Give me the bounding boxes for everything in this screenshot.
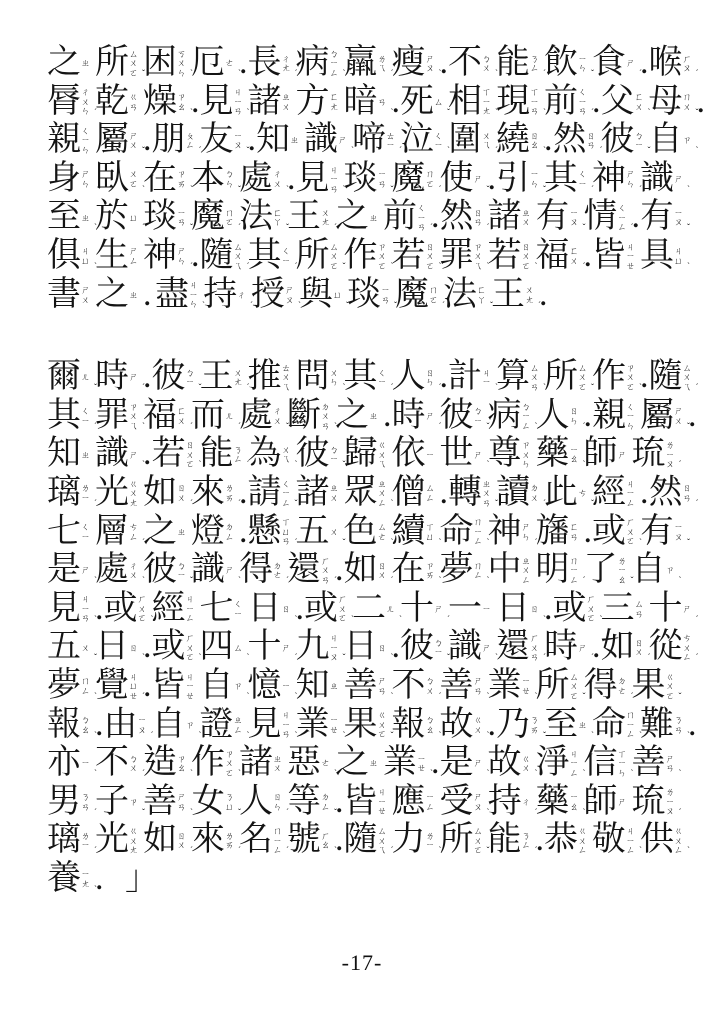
zhuyin-glyph: ㄢ [530,107,541,117]
zhuyin-annotation: ㄌㄧˋ [426,821,437,859]
zhuyin-annotation: ㄒㄧㄣˋ [618,744,629,782]
han-character: 淨 [536,744,570,782]
han-character: 生 [95,237,129,275]
ruby-char: 四ㄙˋ [200,628,248,666]
zhuyin-annotation: ㄖㄣˊ [273,783,284,821]
ruby-char: 飲ㄧㄣˇ [544,44,592,82]
ruby-char: 夢ㄇㄥˋ [47,667,95,705]
ruby-char: 相ㄒㄧㄤˋ [448,83,496,121]
zhuyin-annotation: ㄇㄧㄥˊ [570,551,581,589]
zhuyin-glyph: ㄥ [129,257,140,267]
zhuyin-glyph: ㄥ [378,499,389,509]
tone-mark: ˋ [142,422,145,431]
ruby-char: 而ㄦˊ [191,397,239,435]
han-character: 處 [239,160,273,198]
han-character: 與 [299,276,333,314]
zhuyin-annotation: ㄙㄨㄛˇ [330,237,341,275]
han-character: 識 [448,628,482,666]
han-character: 等 [287,783,321,821]
ruby-char: 琰ㄧㄢˇ [347,276,395,314]
zhuyin-glyph: ㄝ [522,687,533,697]
tone-mark: ˇ [343,538,346,547]
zhuyin-glyph: ㄛ [522,262,533,272]
han-character: 業 [383,744,417,782]
zhuyin-annotation: ㄨˇ [330,513,341,551]
tone-mark: ˋ [334,846,337,855]
ruby-char: 等ㄉㄥˇ [287,783,335,821]
zhuyin-glyph: ㄛ [570,692,581,702]
han-character: 王 [491,276,525,314]
tone-mark: ˊ [591,185,594,194]
zhuyin-annotation: ㄕㄣ [81,160,92,198]
han-character: 業 [488,667,522,705]
zhuyin-annotation: ㄌㄧˊ [81,474,92,512]
ruby-char: 神ㄕㄣˊ [592,160,640,198]
zhuyin-annotation: ㄖㄨˊ [177,474,188,512]
han-character: 命 [592,706,626,744]
han-character: 其 [248,237,282,275]
zhuyin-annotation: ㄈㄚˇ [477,276,488,314]
ruby-char: 泣ㄑㄧˋ [400,121,448,159]
zhuyin-annotation: ㄅㄧㄥˋ [330,44,341,82]
zhuyin-glyph: ㄛ [225,218,236,228]
zhuyin-glyph: ㄧ [81,759,92,769]
tone-mark: ˋ [190,108,193,117]
tone-mark: ˋ [439,262,442,271]
han-character: 難 [640,706,674,744]
ruby-char: 知ㄓ [296,667,344,705]
ruby-char: 人ㄖㄣˊ [536,397,584,435]
han-character: 由 [104,706,138,744]
ruby-char: 明ㄇㄧㄥˊ [536,551,584,589]
ruby-char: 親ㄑㄧㄣ [47,121,95,159]
zhuyin-annotation: ㄓㄨㄥ [522,551,533,589]
zhuyin-glyph: ㄥ [618,223,629,233]
zhuyin-annotation: ㄒㄩˋ [426,513,437,551]
zhuyin-glyph: ㄥ [186,141,197,151]
zhuyin-annotation: ㄇㄧㄥˊ [273,821,284,859]
han-character: 亦 [47,744,81,782]
tone-mark: ˇ [543,731,546,740]
han-character: 如 [601,628,635,666]
zhuyin-glyph: ㄖ [129,644,140,654]
zhuyin-annotation: ㄕˊ [683,590,694,628]
ruby-char: 爾ㄦˇ [47,358,95,396]
han-character: 死 [400,83,434,121]
ruby-char: 脣ㄔㄨㄣˊ [47,83,95,121]
zhuyin-annotation: ㄕㄨ [81,276,92,314]
zhuyin-annotation: ㄌㄞˊ [225,474,236,512]
zhuyin-annotation: ㄈㄤ [330,83,341,121]
zhuyin-annotation: ㄓ [177,513,188,551]
zhuyin-glyph: ㄤ [282,64,293,74]
zhuyin-glyph: ㄗ [666,566,677,576]
ruby-char: 計ㄐㄧˋ [448,358,496,396]
zhuyin-glyph: ㄣ [522,460,533,470]
ruby-char: 請ㄑㄧㄥˇ [248,474,296,512]
zhuyin-glyph: ㄧ [330,455,341,465]
tone-mark: ˊ [583,422,586,431]
zhuyin-glyph: ㄣ [618,769,629,779]
han-character: 喉 [649,44,683,82]
tone-mark: ˊ [591,108,594,117]
zhuyin-annotation: ㄕㄣˊ [177,237,188,275]
zhuyin-annotation: ㄙㄨㄟˊ [234,237,245,275]
ruby-char: 諸ㄓㄨ [248,83,296,121]
han-character: 果 [344,706,378,744]
han-character: 識 [191,551,225,589]
ruby-char: 彼ㄅㄧˇ [296,435,344,473]
zhuyin-annotation: ㄋㄥˊ [234,435,245,473]
han-character: 至 [47,198,81,236]
zhuyin-glyph: ㄛ [426,262,437,272]
han-character: 七 [200,590,234,628]
han-character: 轉 [448,474,482,512]
ruby-char: 諸ㄓㄨ [296,474,344,512]
ruby-char: 九ㄐㄧㄡˇ [296,628,344,666]
tone-mark: ˋ [334,769,337,778]
ruby-char: 恭ㄍㄨㄥ [544,821,592,859]
han-character: 諸 [296,474,330,512]
tone-mark: ˊ [679,808,682,817]
zhuyin-glyph: ㄢ [666,764,677,774]
zhuyin-glyph: ㄠ [530,141,541,151]
zhuyin-glyph: ㄨ [273,764,284,774]
ruby-char: 法ㄈㄚˇ [239,198,287,236]
zhuyin-glyph: ㄥ [570,769,581,779]
ruby-char: 其ㄑㄧˊ [344,358,392,396]
han-character: 經 [152,590,186,628]
ruby-char: 之ㄓ [47,44,95,82]
ruby-char: 琰ㄧㄢˇ [143,198,191,236]
ruby-char: 淨ㄐㄧㄥˋ [536,744,584,782]
tone-mark: ˋ [535,692,538,701]
zhuyin-glyph: ㄢ [674,726,685,736]
zhuyin-annotation: ㄕ [618,435,629,473]
tone-mark: ˊ [247,460,250,469]
ruby-char: 眾ㄓㄨㄥˋ [344,474,392,512]
zhuyin-annotation: ㄗㄨㄣ [522,435,533,473]
han-character: 長 [248,44,282,82]
zhuyin-glyph: ㄧ [482,605,493,615]
tone-mark: ˋ [543,615,546,624]
tone-mark: ˇ [346,301,349,310]
ruby-char: 識ㄕˋ [640,160,688,198]
han-character: 造 [143,744,177,782]
zhuyin-glyph: ㄓ [129,291,140,301]
han-character: 經 [592,474,626,512]
zhuyin-annotation: ㄏㄠˋ [321,821,332,859]
ruby-char: 瘦ㄕㄡˋ [392,44,440,82]
han-character: 請 [248,474,282,512]
ruby-char: 福ㄈㄨˊ [143,397,191,435]
ruby-char: 魔ㄇㄛˊ [392,160,440,198]
ruby-char: 善ㄕㄢˋ [143,783,191,821]
han-character: 果 [632,667,666,705]
han-character: 續 [392,513,426,551]
zhuyin-annotation: ㄓ [129,276,140,314]
tone-mark: ˋ [495,69,498,78]
ruby-char: 七ㄑㄧ [47,513,95,551]
zhuyin-annotation: ㄏㄨㄛˋ [338,590,349,628]
ruby-char: 藥ㄧㄠˋ [536,435,584,473]
tone-mark: ˋ [94,615,97,624]
zhuyin-annotation: ㄔㄤˊ [282,44,293,82]
tone-mark: ˋ [343,185,346,194]
ruby-char: 然ㄖㄢˊ [649,474,697,512]
han-character: 能 [496,44,530,82]
ruby-char: 業ㄧㄝˋ [488,667,536,705]
zhuyin-annotation: ㄕㄡˋ [474,783,485,821]
han-character: 琰 [143,198,177,236]
han-character: 璃 [47,474,81,512]
zhuyin-glyph: ㄕ [474,451,485,461]
zhuyin-annotation: ㄕˊ [426,397,437,435]
tone-mark: ˋ [151,615,154,624]
tone-mark: ˊ [696,383,699,392]
ruby-char: 彼ㄅㄧˇ [152,358,200,396]
zhuyin-glyph: ㄣ [189,300,200,310]
text-line: 之ㄓ所ㄙㄨㄛˇ困ㄎㄨㄣˋ厄ㄜˋ.長ㄔㄤˊ病ㄅㄧㄥˋ羸ㄌㄟˊ瘦ㄕㄡˋ.不ㄅㄨˋ能ㄋ… [47,44,679,83]
tone-mark: ˋ [286,185,289,194]
zhuyin-glyph: ㄢ [578,107,589,117]
zhuyin-glyph: ㄥ [522,422,533,432]
zhuyin-annotation: ㄐㄧㄝ [378,783,389,821]
zhuyin-glyph: ㄢ [234,107,245,117]
zhuyin-annotation: ㄗㄨㄛˋ [378,237,389,275]
zhuyin-glyph: ㄣ [177,69,188,79]
zhuyin-glyph: ㄥ [186,614,197,624]
ruby-char: 乾ㄍㄢ [95,83,143,121]
zhuyin-glyph: ㄡ [666,460,677,470]
tone-mark: ˋ [238,769,241,778]
zhuyin-glyph: ㄕ [618,798,629,808]
tone-mark: ˋ [687,846,690,855]
tone-mark: ˋ [334,422,337,431]
han-character: 彼 [152,358,186,396]
han-character: 之 [335,744,369,782]
zhuyin-glyph: ㄓ [578,721,589,731]
zhuyin-annotation: ㄙㄨㄛˇ [570,667,581,705]
tone-mark: ˇ [487,422,490,431]
zhuyin-annotation: ㄅㄠˋ [426,706,437,744]
zhuyin-annotation: ㄑㄧˊ [282,237,293,275]
ruby-char: 其ㄑㄧˊ [47,397,95,435]
tone-mark: ˋ [487,262,490,271]
han-character: 乃 [496,706,530,744]
zhuyin-annotation: ㄎㄨㄣˋ [177,44,188,82]
tone-mark: ˇ [487,846,490,855]
tone-mark: ˊ [631,223,634,232]
tone-mark: ˋ [639,538,642,547]
zhuyin-glyph: ㄚ [273,218,284,228]
han-character: 若 [392,237,426,275]
zhuyin-glyph: ㄣ [81,107,92,117]
ruby-char: 所ㄙㄨㄛˇ [536,667,584,705]
han-character: 不 [95,744,129,782]
zhuyin-annotation: ㄉㄥ [225,513,236,551]
zhuyin-glyph: ㄨ [81,644,92,654]
paragraph: 爾ㄦˇ時ㄕˊ.彼ㄅㄧˇ王ㄨㄤˊ推ㄊㄨㄟ問ㄨㄣˋ其ㄑㄧˊ人ㄖㄣˊ.計ㄐㄧˋ算ㄙㄨㄢ… [47,358,679,898]
ruby-char: 得ㄉㄜˊ [239,551,287,589]
zhuyin-annotation: ㄑㄧㄣ [626,397,637,435]
zhuyin-glyph: ㄡ [234,141,245,151]
zhuyin-annotation: ㄐㄧㄥˋ [570,744,581,782]
tone-mark: ˇ [447,108,450,117]
zhuyin-annotation: ㄑㄧˋ [434,121,445,159]
text-line: 至ㄓˋ於ㄩˊ琰ㄧㄢˇ魔ㄇㄛˊ法ㄈㄚˇ王ㄨㄤˊ之ㄓ前ㄑㄧㄢˊ.然ㄖㄢˊ諸ㄓㄨ有ㄧㄡ… [47,198,679,237]
text-line: 親ㄑㄧㄣ屬ㄕㄨˇ.朋ㄆㄥˊ友ㄧㄡˇ.知ㄓ識ㄕˋ啼ㄊㄧˊ泣ㄑㄧˋ圍ㄨㄟˊ繞ㄖㄠˋ.… [47,121,679,160]
han-character: 斷 [287,397,321,435]
ruby-char: 法ㄈㄚˇ [443,276,491,314]
zhuyin-glyph: ㄕ [81,566,92,576]
tone-mark: ˊ [439,383,442,392]
zhuyin-glyph: ㄛ [378,262,389,272]
zhuyin-glyph: ㄥ [626,499,637,509]
zhuyin-glyph: ㄢ [282,537,293,547]
ruby-char: 見ㄐㄧㄢˋ [296,160,344,198]
han-character: 日 [95,628,129,666]
han-character: 日 [344,628,378,666]
han-character: 見 [248,706,282,744]
han-character: 然 [440,198,474,236]
zhuyin-annotation: ㄅㄨˊ [129,744,140,782]
tone-mark: ˋ [295,731,298,740]
han-character: 人 [392,358,426,396]
ruby-char: 書ㄕㄨ [47,276,95,314]
ruby-char: 識ㄕˋ [95,435,143,473]
zhuyin-glyph: ㄢ [378,98,389,108]
ruby-char: 處ㄔㄨˇ [239,397,287,435]
ruby-char: 之ㄓ [335,744,383,782]
han-character: 父 [601,83,635,121]
ruby-char: 圍ㄨㄟˊ [448,121,496,159]
zhuyin-glyph: ㄝ [378,807,389,817]
han-character: 光 [95,474,129,512]
zhuyin-annotation: ㄨㄤˊ [525,276,536,314]
ruby-char: 憶ㄧˋ [248,667,296,705]
zhuyin-annotation: ㄇㄥˋ [81,667,92,705]
tone-mark: ˊ [94,808,97,817]
ruby-char: 命ㄇㄧㄥˋ [592,706,640,744]
tone-mark: ˊ [286,576,289,585]
zhuyin-annotation: ㄐㄧˋ [482,358,493,396]
zhuyin-annotation: ㄐㄧㄥˋ [626,821,637,859]
zhuyin-glyph: ㄜ [321,759,332,769]
ruby-char: 藥ㄧㄠˋ [536,783,584,821]
ruby-char: 依ㄧ [392,435,440,473]
ruby-char: 號ㄏㄠˋ [287,821,335,859]
tone-mark: ˋ [343,69,346,78]
tone-mark: ˋ [648,108,651,117]
zhuyin-glyph: ㄣ [81,180,92,190]
tone-mark: ˋ [94,576,97,585]
tone-mark: ˇ [495,499,498,508]
zhuyin-annotation: ㄍㄨㄤ [129,474,140,512]
zhuyin-glyph: ㄛ [578,383,589,393]
han-character: 或 [104,590,138,628]
tone-mark: ˊ [238,223,241,232]
zhuyin-annotation: ㄓ [369,198,380,236]
ruby-char: 人ㄖㄣˊ [239,783,287,821]
zhuyin-glyph: ㄔ [237,291,248,301]
zhuyin-glyph: ㄤ [234,378,245,388]
han-character: 光 [95,821,129,859]
zhuyin-glyph: ㄧ [426,451,437,461]
zhuyin-annotation: ㄓˋ [578,706,589,744]
zhuyin-annotation: ㄔㄨˋ [129,551,140,589]
tone-mark: ˋ [591,731,594,740]
tone-mark: ˇ [199,383,202,392]
zhuyin-glyph: ㄗ [186,721,197,731]
ruby-char: 琰ㄧㄢˇ [344,160,392,198]
tone-mark: ˋ [487,808,490,817]
zhuyin-glyph: ㄡ [285,296,296,306]
zhuyin-annotation: ㄧㄢˇ [378,160,389,198]
zhuyin-annotation: ㄗㄠˋ [177,83,188,121]
ruby-char: 問ㄨㄣˋ [296,358,344,396]
tone-mark: ˇ [238,185,241,194]
tone-mark: ˇ [94,653,97,662]
ruby-char: 暗ㄢˋ [344,83,392,121]
zhuyin-glyph: ㄥ [530,64,541,74]
zhuyin-glyph: ㄣ [522,533,533,543]
zhuyin-glyph: ㄛ [186,460,197,470]
ruby-char: 其ㄑㄧˊ [544,160,592,198]
ruby-char: 作ㄗㄨㄛˋ [191,744,239,782]
tone-mark: ˊ [391,69,394,78]
zhuyin-glyph: ㄢ [587,141,598,151]
zhuyin-glyph: ㄧ [282,682,293,692]
zhuyin-annotation: ㄌㄧㄠˇ [618,551,629,589]
zhuyin-annotation: ㄙㄨㄛˇ [129,44,140,82]
han-character: 善 [344,667,378,705]
han-character: 師 [584,435,618,473]
text-line: 璃ㄌㄧˊ光ㄍㄨㄤ如ㄖㄨˊ來ㄌㄞˊ.請ㄑㄧㄥˇ諸ㄓㄨ眾ㄓㄨㄥˋ僧ㄙㄥ.轉ㄓㄨㄢˇ讀… [47,474,679,513]
tone-mark: ˊ [495,146,498,155]
ruby-char: 長ㄔㄤˊ [248,44,296,82]
tone-mark: ˋ [543,146,546,155]
tone-mark: ˋ [142,460,145,469]
han-character: 彼 [400,628,434,666]
zhuyin-glyph: ㄨ [522,218,533,228]
tone-mark: ˊ [94,846,97,855]
ruby-char: 時ㄕˊ [544,628,592,666]
zhuyin-glyph: ㄜ [618,687,629,697]
han-character: 本 [191,160,225,198]
tone-mark: ˋ [535,769,538,778]
tone-mark: ˇ [487,185,490,194]
text-line: 五ㄨˇ日ㄖˋ.或ㄏㄨㄛˋ四ㄙˋ十ㄕˊ九ㄐㄧㄡˇ日ㄖˋ.彼ㄅㄧˇ識ㄕˋ還ㄏㄨㄢˊ時… [47,628,679,667]
zhuyin-annotation: ㄖˋ [282,590,293,628]
zhuyin-annotation: ㄧㄡˇ [674,198,685,236]
zhuyin-annotation: ㄇㄧㄥˋ [626,706,637,744]
zhuyin-glyph: ㄨ [474,726,485,736]
ruby-char: 如ㄖㄨˊ [143,821,191,859]
han-character: 其 [544,160,578,198]
tone-mark: ˋ [439,69,442,78]
han-character: 彼 [143,551,177,589]
zhuyin-annotation: ㄕㄢˋ [666,744,677,782]
zhuyin-annotation: ㄑㄧㄣ [81,121,92,159]
zhuyin-glyph: ㄦ [225,412,236,422]
zhuyin-annotation: ㄅㄧˇ [474,397,485,435]
zhuyin-annotation: ㄓㄨ [330,474,341,512]
zhuyin-glyph: ㄟ [482,141,493,151]
han-character: 泣 [400,121,434,159]
zhuyin-glyph: ㄤ [129,499,140,509]
zhuyin-glyph: ㄡ [674,218,685,228]
